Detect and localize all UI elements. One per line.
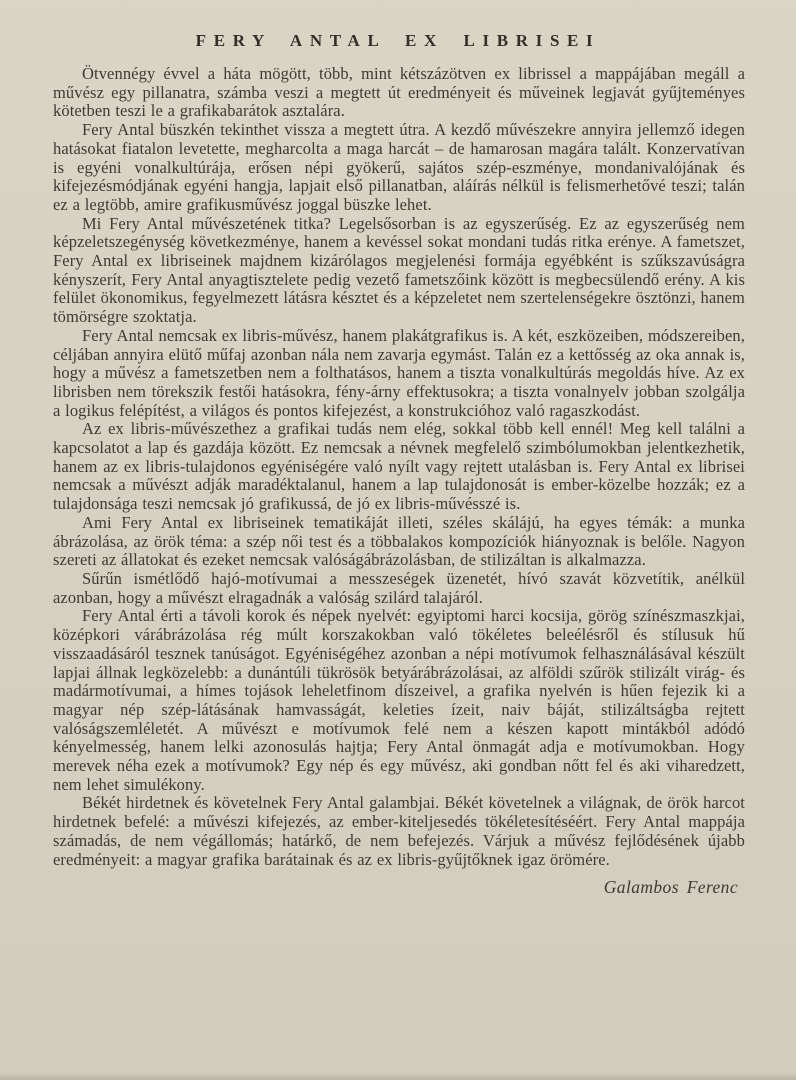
paragraph: Ötvennégy évvel a háta mögött, több, min… bbox=[53, 65, 745, 121]
paragraph: Az ex libris-művészethez a grafikai tudá… bbox=[53, 420, 745, 514]
article-body: Ötvennégy évvel a háta mögött, több, min… bbox=[53, 65, 745, 869]
paragraph: Fery Antal érti a távoli korok és népek … bbox=[53, 607, 745, 794]
paragraph: Fery Antal nemcsak ex libris-művész, han… bbox=[53, 327, 745, 421]
paragraph: Ami Fery Antal ex libriseinek tematikájá… bbox=[53, 514, 745, 570]
scanned-document-page: FERY ANTAL EX LIBRISEI Ötvennégy évvel a… bbox=[0, 0, 796, 1080]
paragraph: Mi Fery Antal művészetének titka? Legels… bbox=[53, 215, 745, 327]
paragraph: Békét hirdetnek és követelnek Fery Antal… bbox=[53, 794, 745, 869]
author-signature: Galambos Ferenc bbox=[0, 877, 796, 898]
page-title: FERY ANTAL EX LIBRISEI bbox=[0, 0, 796, 51]
page-bottom-edge-shadow bbox=[0, 1073, 796, 1080]
paragraph: Fery Antal büszkén tekinthet vissza a me… bbox=[53, 121, 745, 215]
paragraph: Sűrűn ismétlődő hajó-motívumai a messzes… bbox=[53, 570, 745, 607]
